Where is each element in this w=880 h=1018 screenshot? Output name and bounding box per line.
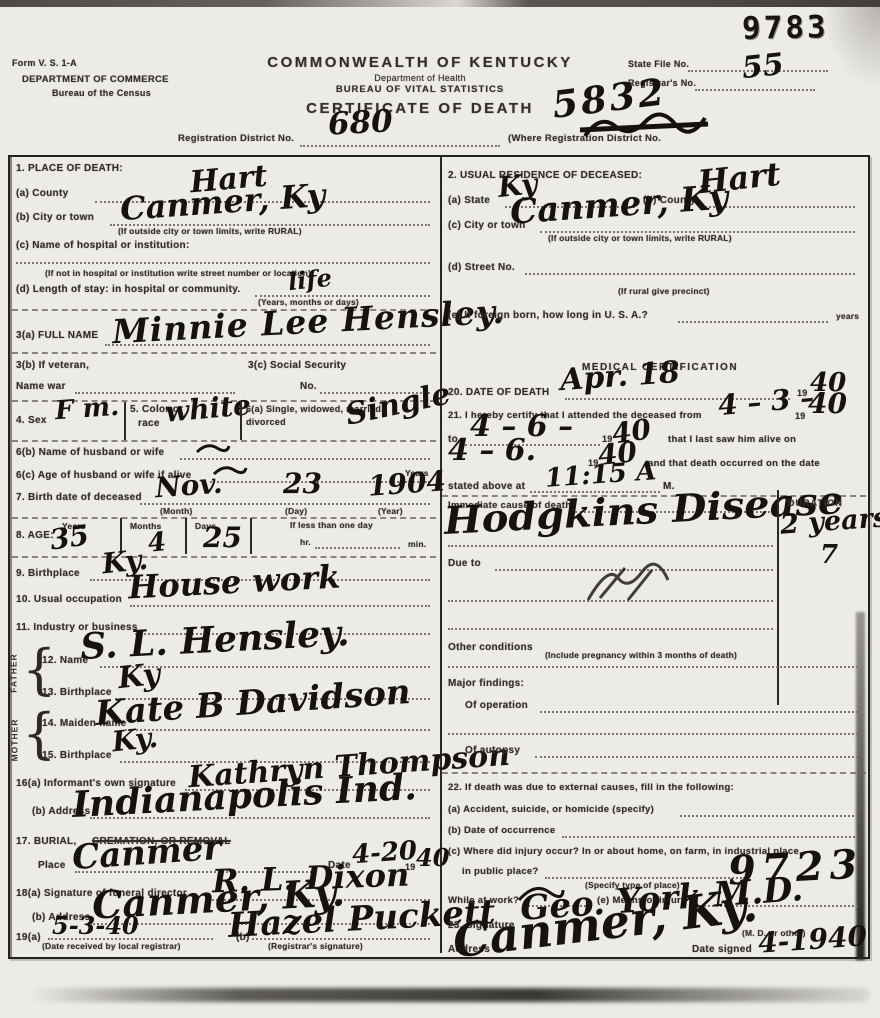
dotted-line (16, 262, 430, 264)
bureau-census-label: Bureau of the Census (52, 88, 151, 99)
day-note: (Day) (285, 506, 307, 517)
of-autopsy-label: Of autopsy (465, 745, 520, 758)
street-label: (d) Street No. (448, 262, 515, 275)
dotted-line (448, 666, 858, 668)
dotted-line (562, 836, 858, 838)
dotted-line (448, 628, 773, 630)
month-note: (Month) (160, 506, 193, 517)
dept-commerce-label: DEPARTMENT OF COMMERCE (22, 74, 169, 86)
ssn-label2: No. (300, 381, 317, 394)
cell-divider (240, 402, 242, 440)
section-rule (12, 556, 436, 558)
age-years-value: 35 (48, 521, 90, 554)
birth-day-value: 23 (283, 470, 322, 498)
birthdate-label: 7. Birth date of deceased (16, 492, 142, 505)
occurrence-date-label: (b) Date of occurrence (448, 825, 555, 837)
certificate-title: CERTIFICATE OF DEATH (280, 100, 560, 119)
res-state-label: (a) State (448, 195, 490, 208)
street-note: (If rural give precinct) (618, 286, 710, 297)
father-group-label: FATHER (9, 653, 19, 692)
occurred-label: and that death occurred on the date (648, 458, 820, 470)
duration-value: 2 years (779, 504, 880, 538)
date-signed-value: 4-1940 (757, 922, 868, 958)
occupation-value: House work (127, 560, 341, 603)
occupation-label: 10. Usual occupation (16, 594, 122, 607)
burial-place-value: Canmer (71, 831, 222, 875)
birthplace-label: 9. Birthplace (16, 568, 80, 581)
city-label: (b) City or town (16, 212, 94, 225)
scan-edge-top (0, 0, 880, 7)
from-year-value: 40 (808, 390, 847, 418)
date-signed-label: Date signed (692, 944, 752, 957)
duration-divider (777, 490, 779, 705)
date-of-death-value: Apr. 18 (559, 358, 681, 396)
cell-divider (124, 402, 126, 440)
dotted-line (535, 756, 858, 758)
marital-label2: divorced (246, 417, 286, 428)
section-rule (12, 517, 436, 519)
color-label2: race (138, 418, 160, 431)
age-months-value: 4 (147, 529, 168, 557)
mother-birthplace-value: Ky. (111, 724, 160, 757)
stamp-number: 9783 (742, 9, 829, 47)
where-injury-label2: in public place? (462, 866, 539, 878)
stay-label: (d) Length of stay: in hospital or commu… (16, 284, 240, 297)
dotted-line (525, 273, 855, 275)
duration-value-2: 7 (820, 542, 838, 568)
major-findings-label: Major findings: (448, 678, 524, 691)
hospital-label: (c) Name of hospital or institution: (16, 240, 190, 253)
hospital-note: (If not in hospital or institution write… (45, 268, 311, 279)
dotted-line (125, 729, 430, 731)
section-rule (12, 352, 436, 354)
from-year-prefix: 19 (795, 411, 806, 422)
dotted-line (448, 545, 773, 547)
reg-district-value: 680 (327, 106, 393, 140)
struck-scribble (580, 108, 710, 148)
dept-health-subtitle: Department of Health (300, 73, 540, 84)
sex-value: F m. (54, 394, 120, 424)
registrar-note: (Registrar's signature) (268, 941, 363, 952)
age-hr-label: hr. (300, 537, 311, 548)
scan-smear-bottom (30, 988, 870, 1002)
dotted-line (315, 547, 400, 549)
received-note: (Date received by local registrar) (42, 941, 181, 952)
spouse-dash-mark (195, 440, 231, 456)
dotted-line (140, 503, 430, 505)
spouse-label: 6(b) Name of husband or wife (16, 447, 164, 460)
due-to-label: Due to (448, 558, 481, 571)
burial-year-value: 40 (416, 846, 449, 870)
stay-value: life (287, 266, 333, 294)
state-file-label: State File No. (628, 59, 689, 70)
stated-label: stated above at (448, 481, 525, 494)
cell-divider (250, 518, 252, 554)
ssn-label: 3(c) Social Security (248, 360, 346, 373)
dotted-line (180, 458, 430, 460)
burial-place-label: Place (38, 860, 66, 873)
received-date-value: 5-3-40 (52, 914, 139, 938)
birth-month-value: Nov. (154, 470, 223, 503)
dotted-line (48, 938, 213, 940)
lastsaw-value: 4 – 6. (448, 436, 536, 466)
county-label: (a) County (16, 188, 68, 201)
scanned-death-certificate: 9783 Form V. S. 1-A DEPARTMENT OF COMMER… (0, 0, 880, 1018)
lastsaw-label: that I last saw him alive on (668, 434, 796, 446)
other-conditions-note: (Include pregnancy within 3 months of de… (545, 650, 737, 661)
dotted-line (448, 733, 858, 735)
veteran-label: 3(b) If veteran, (16, 360, 89, 373)
form-number-label: Form V. S. 1-A (12, 58, 77, 69)
registrar-no-value: 55 (741, 50, 786, 84)
veteran-label2: Name war (16, 381, 66, 394)
section-rule (442, 772, 866, 774)
while-at-work-label: While at work? (448, 895, 519, 907)
res-city-note: (If outside city or town limits, write R… (548, 233, 732, 244)
age-less-label: If less than one day (290, 520, 373, 531)
dotted-line (540, 711, 858, 713)
sex-label: 4. Sex (16, 415, 47, 428)
scan-corner-shade (820, 0, 880, 90)
dotted-line (695, 89, 815, 91)
commonwealth-title: COMMONWEALTH OF KENTUCKY (260, 54, 580, 73)
place-of-death-section-label: 1. PLACE OF DEATH: (16, 163, 123, 176)
residence-section-label: 2. USUAL RESIDENCE OF DECEASED: (448, 170, 642, 183)
other-conditions-label: Other conditions (448, 642, 533, 655)
column-divider (440, 157, 442, 953)
birth-year-value: 1904 (367, 467, 447, 500)
due-to-scrawl (580, 560, 690, 605)
foreign-born-label: (e) If foreign born, how long in U. S. A… (448, 310, 648, 323)
dotted-line (680, 815, 858, 817)
bureau-vital-subtitle: BUREAU OF VITAL STATISTICS (300, 84, 540, 96)
date-of-death-label: 20. DATE OF DEATH (448, 387, 549, 400)
reg-district-label: Registration District No. (178, 133, 294, 145)
burial-label: 17. BURIAL, (16, 836, 77, 849)
external-causes-label: 22. If death was due to external causes,… (448, 782, 734, 794)
dotted-line (300, 145, 500, 147)
reg19-label: 19(a) (16, 932, 41, 945)
of-operation-label: Of operation (465, 700, 528, 713)
age-days-value: 25 (203, 524, 242, 552)
color-value: white (164, 391, 252, 426)
city-note: (If outside city or town limits, write R… (118, 226, 302, 237)
dotted-line (678, 321, 828, 323)
year-note: (Year) (378, 506, 403, 517)
foreign-unit-label: years (836, 311, 859, 322)
age-min-label: min. (408, 539, 426, 550)
mother-birthplace-label: 15. Birthplace (42, 750, 112, 763)
mother-group-label: MOTHER (9, 719, 19, 762)
cell-divider (185, 518, 187, 554)
dotted-line (130, 605, 430, 607)
fullname-label: 3(a) FULL NAME (16, 330, 98, 343)
accident-label: (a) Accident, suicide, or homicide (spec… (448, 804, 654, 816)
